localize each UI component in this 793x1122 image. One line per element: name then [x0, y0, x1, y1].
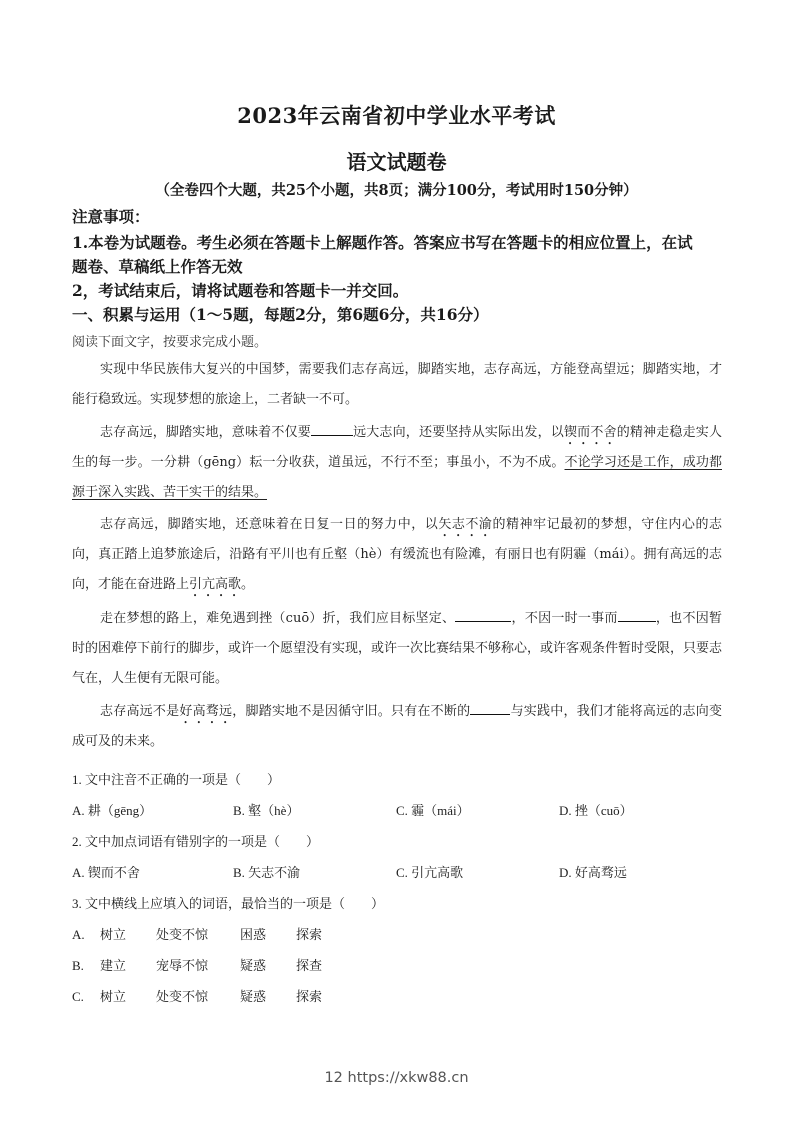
- dotted-word-yinkanggaoge: 引亢高歌: [189, 577, 241, 592]
- question-2-option-b[interactable]: B. 矢志不渝: [233, 862, 300, 881]
- option-label: B.: [72, 958, 100, 974]
- question-3-option-c[interactable]: C.树立处变不惊疑惑探索: [72, 986, 322, 1005]
- notes-item-1-line-1: 1.本卷为试题卷。考生必须在答题卡上解题作答。答案应书写在答题卡的相应位置上，在…: [72, 231, 693, 253]
- question-3-stem: 3. 文中横线上应填入的词语，最恰当的一项是（ ）: [72, 893, 384, 912]
- passage-paragraph-3: 志存高远，脚踏实地，还意味着在日复一日的努力中，以矢志不渝的精神牢记最初的梦想，…: [72, 510, 722, 600]
- section-1-instruction: 阅读下面文字，按要求完成小题。: [72, 331, 267, 350]
- option-word-4: 探查: [296, 955, 322, 974]
- passage-p5-text-b: ，脚踏实地不是因循守旧。只有在不断的: [232, 704, 470, 719]
- question-1-option-c[interactable]: C. 霾（mái）: [396, 800, 470, 819]
- question-2-stem: 2. 文中加点词语有错别字的一项是（ ）: [72, 831, 319, 850]
- option-word-3: 疑惑: [240, 986, 296, 1005]
- dotted-word-shizhibuyu: 矢志不渝: [438, 517, 492, 532]
- question-1-stem: 1. 文中注音不正确的一项是（ ）: [72, 769, 280, 788]
- question-2-option-a[interactable]: A. 锲而不舍: [72, 862, 140, 881]
- passage-paragraph-4: 走在梦想的路上，难免遇到挫（cuō）折，我们应目标坚定、，不因一时一事而，也不因…: [72, 604, 722, 694]
- question-1-option-b[interactable]: B. 壑（hè）: [233, 800, 299, 819]
- page-footer: 12 https://xkw88.cn: [0, 1070, 793, 1086]
- passage-paragraph-1: 实现中华民族伟大复兴的中国梦，需要我们志存高远，脚踏实地，志存高远，方能登高望远…: [72, 355, 722, 415]
- question-1-option-a[interactable]: A. 耕（gēng）: [72, 800, 152, 819]
- option-word-3: 疑惑: [240, 955, 296, 974]
- option-word-3: 困惑: [240, 924, 296, 943]
- passage-p4-text-b: ，不因一时一事而: [511, 611, 617, 626]
- option-word-1: 树立: [100, 924, 156, 943]
- passage-p2-text-b: 远大志向，还要坚持从实际出发，以: [353, 425, 564, 440]
- question-2-option-c[interactable]: C. 引亢高歌: [396, 862, 463, 881]
- dotted-word-qieerbushe: 锲而不舍: [564, 425, 617, 440]
- notes-item-2: 2，考试结束后，请将试题卷和答题卡一并交回。: [72, 279, 408, 301]
- option-word-2: 处变不惊: [156, 986, 240, 1005]
- exam-page: 2023年云南省初中学业水平考试 语文试题卷 （全卷四个大题，共25个小题，共8…: [0, 0, 793, 1122]
- passage-paragraph-2: 志存高远，脚踏实地，意味着不仅要远大志向，还要坚持从实际出发，以锲而不舍的精神走…: [72, 418, 722, 508]
- option-word-2: 宠辱不惊: [156, 955, 240, 974]
- dotted-word-haogaowuyuan: 好高骛远: [179, 704, 232, 719]
- exam-info: （全卷四个大题，共25个小题，共8页；满分100分，考试用时150分钟）: [0, 179, 793, 200]
- passage-p4-text-a: 走在梦想的路上，难免遇到挫（cuō）折，我们应目标坚定、: [100, 611, 455, 626]
- fill-blank-4: [470, 700, 510, 715]
- passage-p5-text-a: 志存高远不是: [100, 704, 179, 719]
- exam-title: 2023年云南省初中学业水平考试: [0, 100, 793, 130]
- option-label: A.: [72, 927, 100, 943]
- fill-blank-3: [618, 607, 656, 622]
- option-word-1: 建立: [100, 955, 156, 974]
- option-word-1: 树立: [100, 986, 156, 1005]
- notes-heading: 注意事项：: [72, 205, 150, 227]
- notes-item-1-line-2: 题卷、草稿纸上作答无效: [72, 255, 243, 277]
- passage-p1-text: 实现中华民族伟大复兴的中国梦，需要我们志存高远，脚踏实地，志存高远，方能登高望远…: [72, 362, 722, 407]
- fill-blank-1: [311, 421, 353, 436]
- option-word-2: 处变不惊: [156, 924, 240, 943]
- option-word-4: 探索: [296, 986, 322, 1005]
- exam-subtitle: 语文试题卷: [0, 146, 793, 175]
- fill-blank-2: [455, 607, 511, 622]
- passage-p3-text-a: 志存高远，脚踏实地，还意味着在日复一日的努力中，以: [100, 517, 438, 532]
- question-1-option-d[interactable]: D. 挫（cuō）: [559, 800, 633, 819]
- question-3-option-b[interactable]: B.建立宠辱不惊疑惑探查: [72, 955, 322, 974]
- question-3-option-a[interactable]: A.树立处变不惊困惑探索: [72, 924, 322, 943]
- passage-p3-text-c: 。: [241, 577, 254, 592]
- passage-p2-text-a: 志存高远，脚踏实地，意味着不仅要: [100, 425, 311, 440]
- section-1-heading: 一、积累与运用（1～5题，每题2分，第6题6分，共16分）: [72, 303, 489, 325]
- option-label: C.: [72, 989, 100, 1005]
- question-2-option-d[interactable]: D. 好高骛远: [559, 862, 627, 881]
- passage-paragraph-5: 志存高远不是好高骛远，脚踏实地不是因循守旧。只有在不断的与实践中，我们才能将高远…: [72, 697, 722, 757]
- option-word-4: 探索: [296, 924, 322, 943]
